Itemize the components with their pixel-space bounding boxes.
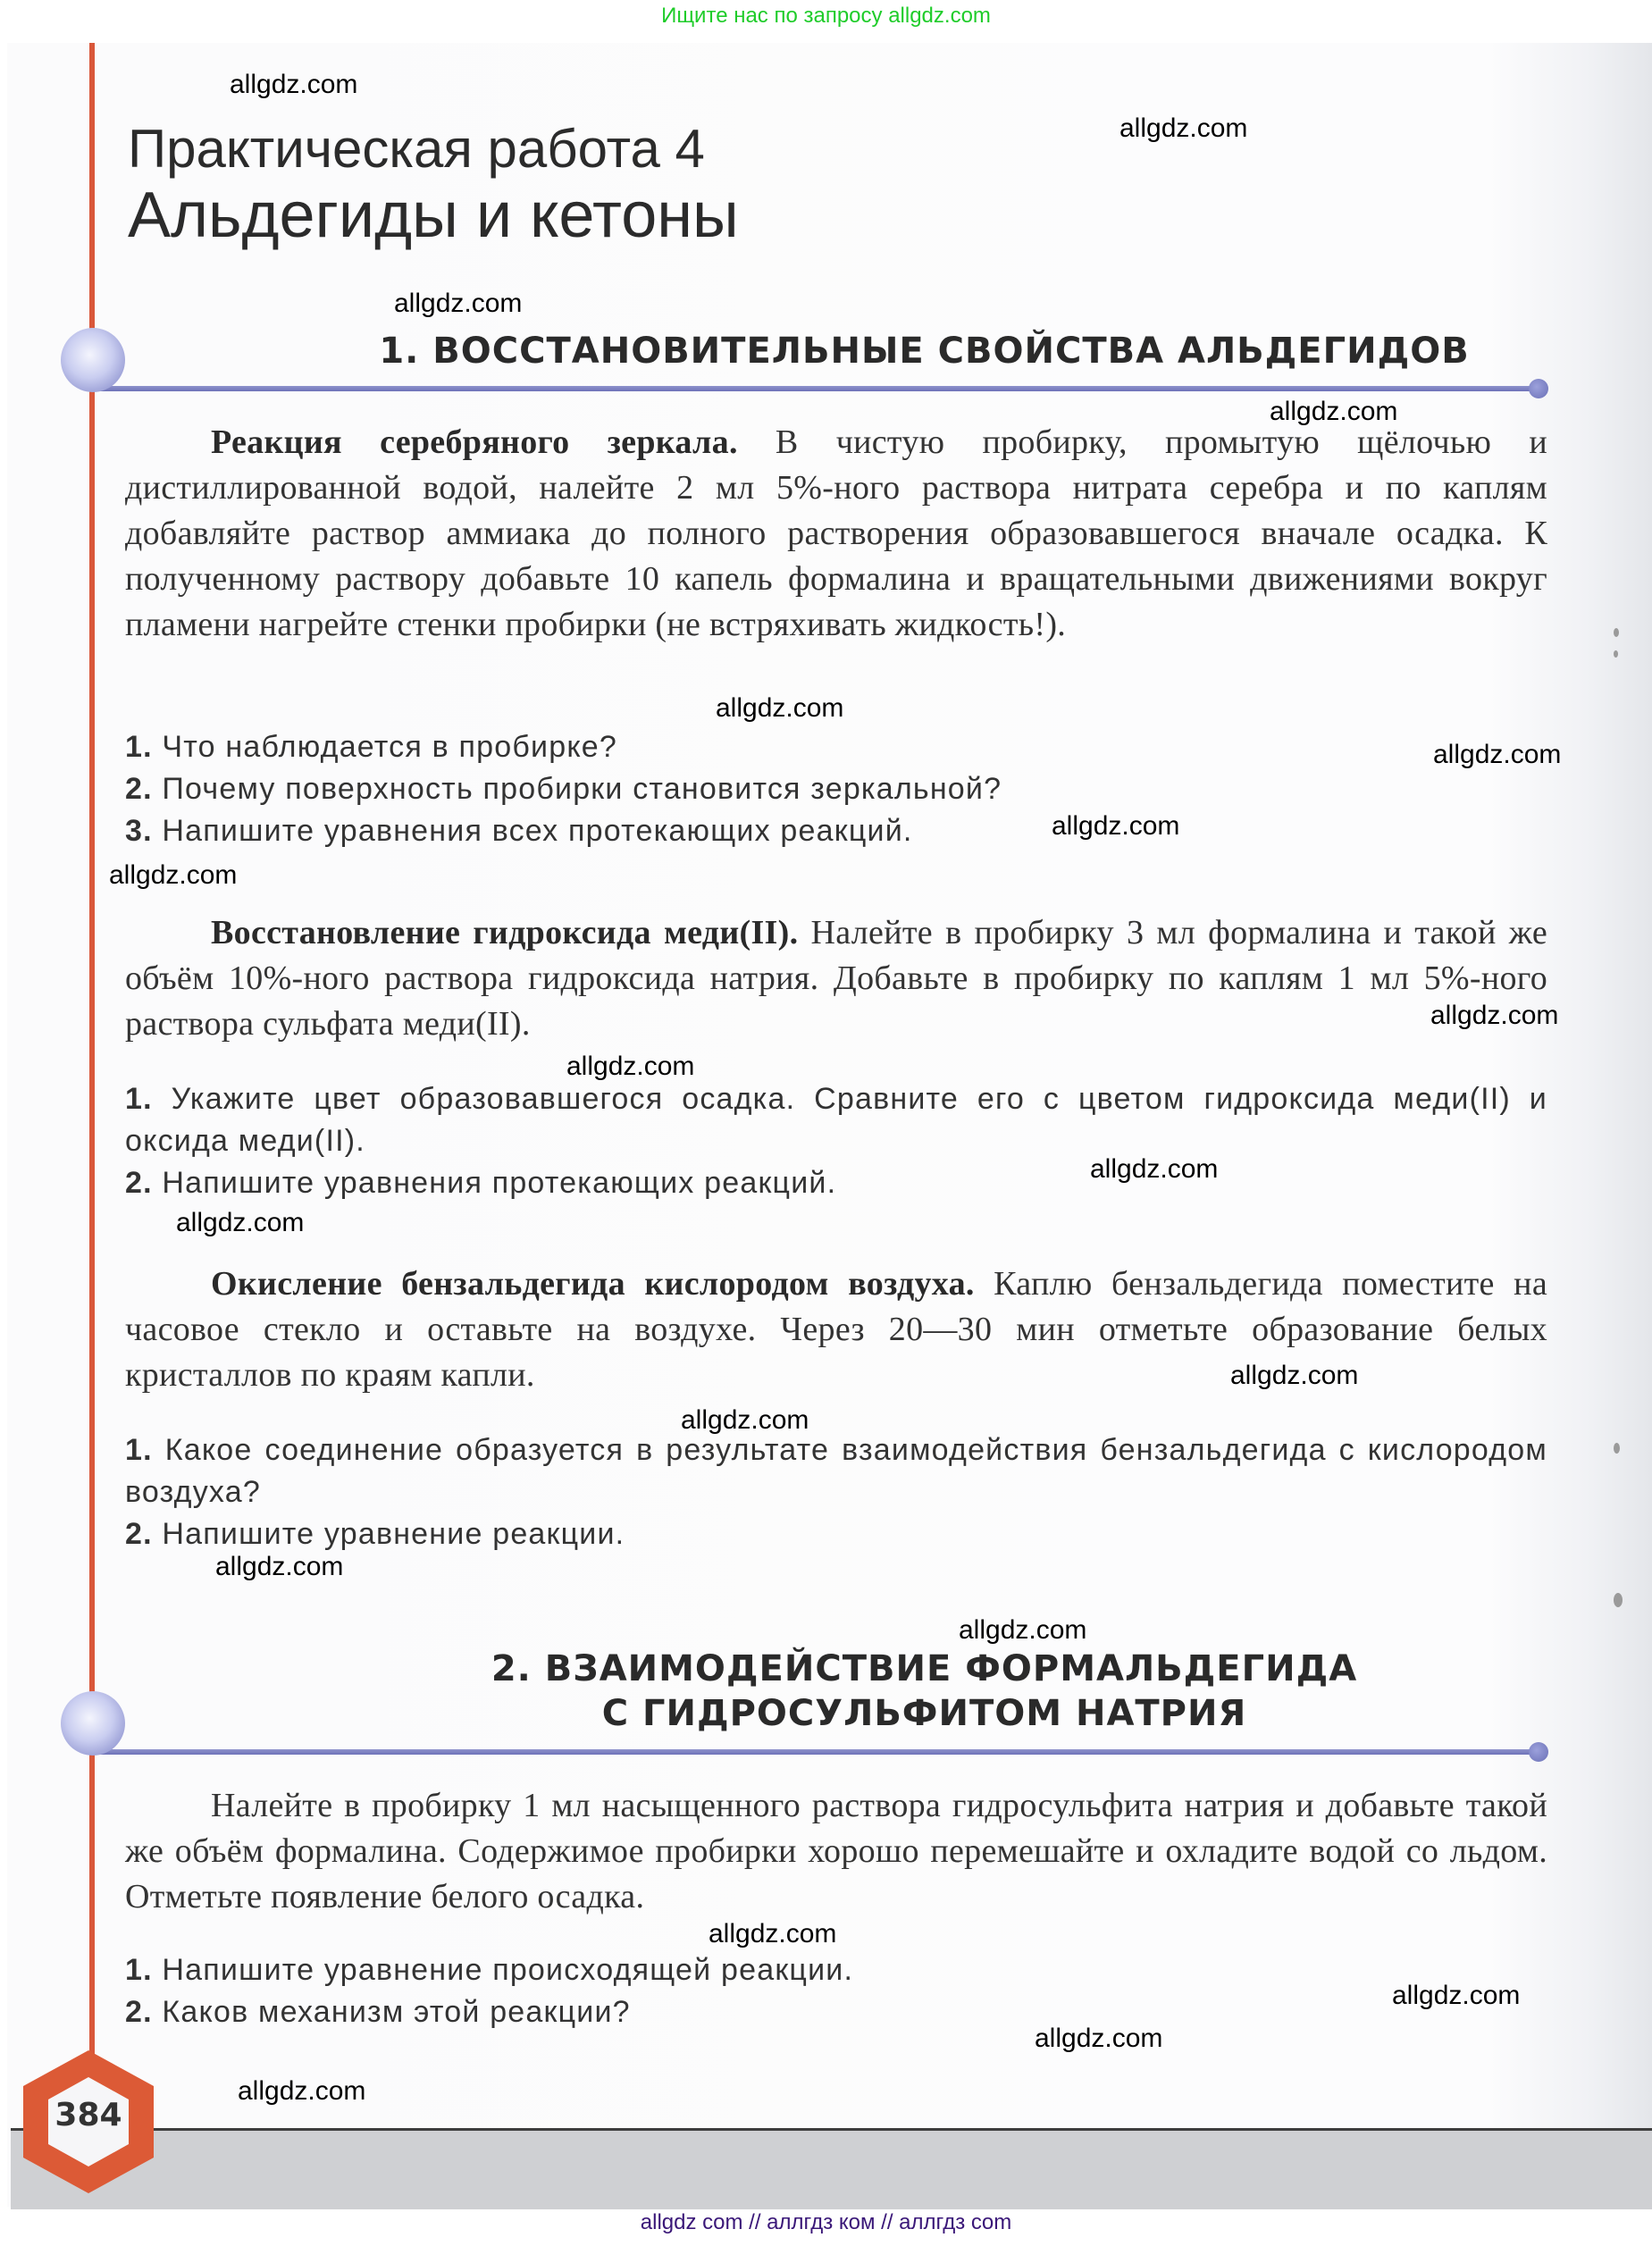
watermark: allgdz.com — [1052, 811, 1179, 842]
question-text: Почему поверхность пробирки становится з… — [162, 772, 1002, 806]
section-2-heading-line2: С ГИДРОСУЛЬФИТОМ НАТРИЯ — [98, 1693, 1652, 1734]
watermark: allgdz.com — [1090, 1154, 1218, 1185]
experiment-title: Окисление бензальдегида кислородом возду… — [211, 1265, 975, 1303]
experiment-formaldehyde-bisulfite: Налейте в пробирку 1 мл насыщенного раст… — [125, 1783, 1547, 1920]
experiment-title: Реакция серебряного зеркала. — [211, 423, 738, 461]
watermark: allgdz.com — [1270, 397, 1397, 427]
watermark: allgdz.com — [709, 1919, 836, 1949]
experiment-title: Восстановление гидроксида меди(II). — [211, 914, 798, 951]
question-text: Напишите уравнение реакции. — [162, 1517, 625, 1551]
top-banner[interactable]: Ищите нас по запросу allgdz.com — [0, 4, 1652, 29]
question-text: Каков механизм этой реакции? — [162, 1995, 630, 2029]
question-number: 2. — [125, 772, 153, 806]
scan-speck — [1614, 650, 1618, 658]
question-number: 1. — [125, 1953, 153, 1987]
watermark: allgdz.com — [566, 1052, 694, 1082]
watermark: allgdz.com — [1433, 740, 1561, 770]
question-text: Напишите уравнение происходящей реакции. — [162, 1953, 853, 1987]
page-title: Альдегиды и кетоны — [128, 179, 739, 252]
watermark: allgdz.com — [394, 289, 522, 319]
scan-speck — [1614, 1593, 1623, 1607]
question-number: 2. — [125, 1166, 153, 1200]
question-item: 1. Напишите уравнение происходящей реакц… — [125, 1949, 1547, 1991]
scan-speck — [1614, 1443, 1620, 1454]
watermark: allgdz.com — [238, 2076, 365, 2107]
question-text: Что наблюдается в пробирке? — [162, 730, 617, 764]
watermark: allgdz.com — [1392, 1981, 1520, 2011]
question-text: Укажите цвет образовавшегося осадка. Сра… — [125, 1082, 1547, 1158]
question-text: Напишите уравнения всех протекающих реак… — [162, 814, 912, 848]
page-number: 384 — [23, 2097, 154, 2133]
experiment-copper-hydroxide: Восстановление гидроксида меди(II). Нале… — [125, 910, 1547, 1047]
watermark: allgdz.com — [215, 1552, 343, 1582]
page-bottom-band — [11, 2128, 1652, 2209]
question-number: 1. — [125, 1433, 153, 1467]
watermark: allgdz.com — [681, 1405, 809, 1436]
experiment-silver-mirror: Реакция серебряного зеркала. В чистую пр… — [125, 420, 1547, 648]
question-number: 3. — [125, 814, 153, 848]
question-text: Какое соединение образуется в результате… — [125, 1433, 1547, 1509]
question-item: 1. Укажите цвет образовавшегося осадка. … — [125, 1078, 1547, 1162]
question-item: 2. Напишите уравнение реакции. — [125, 1513, 1547, 1555]
sphere-bullet-icon — [61, 328, 125, 392]
question-number: 1. — [125, 730, 153, 764]
sphere-bullet-icon — [61, 1691, 125, 1756]
experiment-text: Налейте в пробирку 1 мл насыщенного раст… — [125, 1787, 1547, 1915]
watermark: allgdz.com — [176, 1208, 304, 1238]
section-1-heading: 1. ВОССТАНОВИТЕЛЬНЫЕ СВОЙСТВА АЛЬДЕГИДОВ — [98, 331, 1652, 372]
section-2-rule — [92, 1749, 1539, 1755]
rule-end-dot-icon — [1529, 379, 1548, 398]
question-number: 1. — [125, 1082, 153, 1116]
watermark: allgdz.com — [716, 693, 843, 724]
question-item: 2. Почему поверхность пробирки становитс… — [125, 768, 1547, 810]
section-2-heading-line1: 2. ВЗАИМОДЕЙСТВИЕ ФОРМАЛЬДЕГИДА — [98, 1648, 1652, 1689]
watermark: allgdz.com — [109, 860, 237, 891]
question-number: 2. — [125, 1995, 153, 2029]
footer-links[interactable]: allgdz com // аллгдз ком // аллгдз com — [0, 2210, 1652, 2235]
watermark: allgdz.com — [1430, 1001, 1558, 1031]
rule-end-dot-icon — [1529, 1742, 1548, 1762]
question-number: 2. — [125, 1517, 153, 1551]
scan-speck — [1614, 628, 1619, 637]
question-item: 2. Каков механизм этой реакции? — [125, 1991, 1547, 2033]
question-item: 1. Что наблюдается в пробирке? — [125, 726, 1547, 768]
question-item: 2. Напишите уравнения протекающих реакци… — [125, 1162, 1547, 1204]
watermark: allgdz.com — [1035, 2024, 1162, 2054]
watermark: allgdz.com — [959, 1615, 1086, 1646]
question-text: Напишите уравнения протекающих реакций. — [162, 1166, 836, 1200]
question-item: 3. Напишите уравнения всех протекающих р… — [125, 810, 1547, 852]
section-1-rule — [92, 386, 1539, 391]
question-item: 1. Какое соединение образуется в результ… — [125, 1429, 1547, 1513]
practical-work-label: Практическая работа 4 — [128, 118, 705, 180]
watermark: allgdz.com — [230, 70, 357, 100]
watermark: allgdz.com — [1120, 113, 1247, 144]
watermark: allgdz.com — [1230, 1361, 1358, 1391]
